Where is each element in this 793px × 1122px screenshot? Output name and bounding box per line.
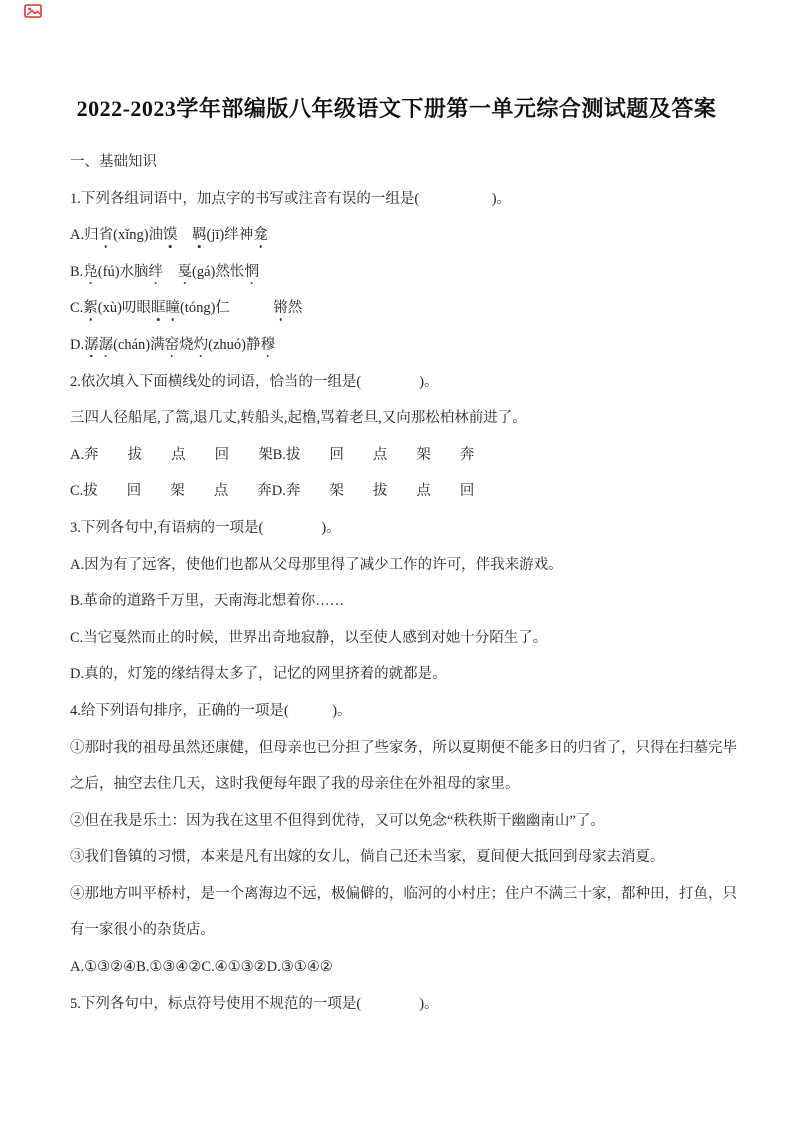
q3-option-d: D.真的，灯笼的缘结得太多了，记忆的网里挤着的就都是。: [70, 656, 753, 693]
document-body: 一、基础知识 1.下列各组词语中，加点字的书写或注音有误的一组是( )。 A.归…: [70, 144, 753, 1022]
q4-item-4-line-1: ④那地方叫平桥村，是一个离海边不远，极偏僻的，临河的小村庄；住户不满三十家，都种…: [70, 876, 753, 913]
q4-item-2: ②但在我是乐土：因为我在这里不但得到优待，又可以免念“秩秩斯干幽幽南山”了。: [70, 803, 753, 840]
q1-stem: 1.下列各组词语中，加点字的书写或注音有误的一组是( )。: [70, 181, 753, 218]
q2-options-row-cd: C.拔 回 架 点 奔D.奔 架 拔 点 回: [70, 473, 753, 510]
q1-option-d: D.潺潺(chán)满窑烧灼(zhuó)静穆: [70, 327, 753, 364]
section-heading: 一、基础知识: [70, 144, 753, 181]
q4-options: A.①③②④B.①③④②C.④①③②D.③①④②: [70, 949, 753, 986]
q3-option-b: B.革命的道路千万里，天南海北想着你……: [70, 583, 753, 620]
document-page: 2022-2023学年部编版八年级语文下册第一单元综合测试题及答案 一、基础知识…: [0, 0, 793, 1122]
q4-item-4-line-2: 有一家很小的杂货店。: [70, 912, 753, 949]
page-title: 2022-2023学年部编版八年级语文下册第一单元综合测试题及答案: [0, 92, 793, 123]
q1-option-c: C.絮(xù)叨眼眶瞳(tóng)仁 锵然: [70, 290, 753, 327]
q3-stem: 3.下列各句中,有语病的一项是( )。: [70, 510, 753, 547]
q4-stem: 4.给下列语句排序，正确的一项是( )。: [70, 693, 753, 730]
q4-item-1-line-1: ①那时我的祖母虽然还康健，但母亲也已分担了些家务，所以夏期便不能多日的归省了，只…: [70, 730, 753, 767]
q2-options-row-ab: A.奔 拔 点 回 架B.拔 回 点 架 奔: [70, 437, 753, 474]
q4-item-1-line-2: 之后，抽空去住几天，这时我便每年跟了我的母亲住在外祖母的家里。: [70, 766, 753, 803]
q3-option-c: C.当它戛然而止的时候，世界出奇地寂静，以至使人感到对她十分陌生了。: [70, 620, 753, 657]
broken-image-icon: [24, 4, 42, 18]
q3-option-a: A.因为有了远客，使他们也都从父母那里得了减少工作的许可，伴我来游戏。: [70, 547, 753, 584]
q1-option-b: B.凫(fú)水脑绊 戛(gá)然怅惘: [70, 254, 753, 291]
q2-stem: 2.依次填入下面横线处的词语，恰当的一组是( )。: [70, 364, 753, 401]
q1-option-a: A.归省(xǐng)油馍 羁(jī)绊神龛: [70, 217, 753, 254]
q5-stem: 5.下列各句中，标点符号使用不规范的一项是( )。: [70, 986, 753, 1023]
q2-sentence: 三四人径船尾,了篙,退几丈,转船头,起橹,骂着老旦,又向那松柏林前进了。: [70, 400, 753, 437]
q4-item-3: ③我们鲁镇的习惯，本来是凡有出嫁的女儿，倘自己还未当家，夏间便大抵回到母家去消夏…: [70, 839, 753, 876]
